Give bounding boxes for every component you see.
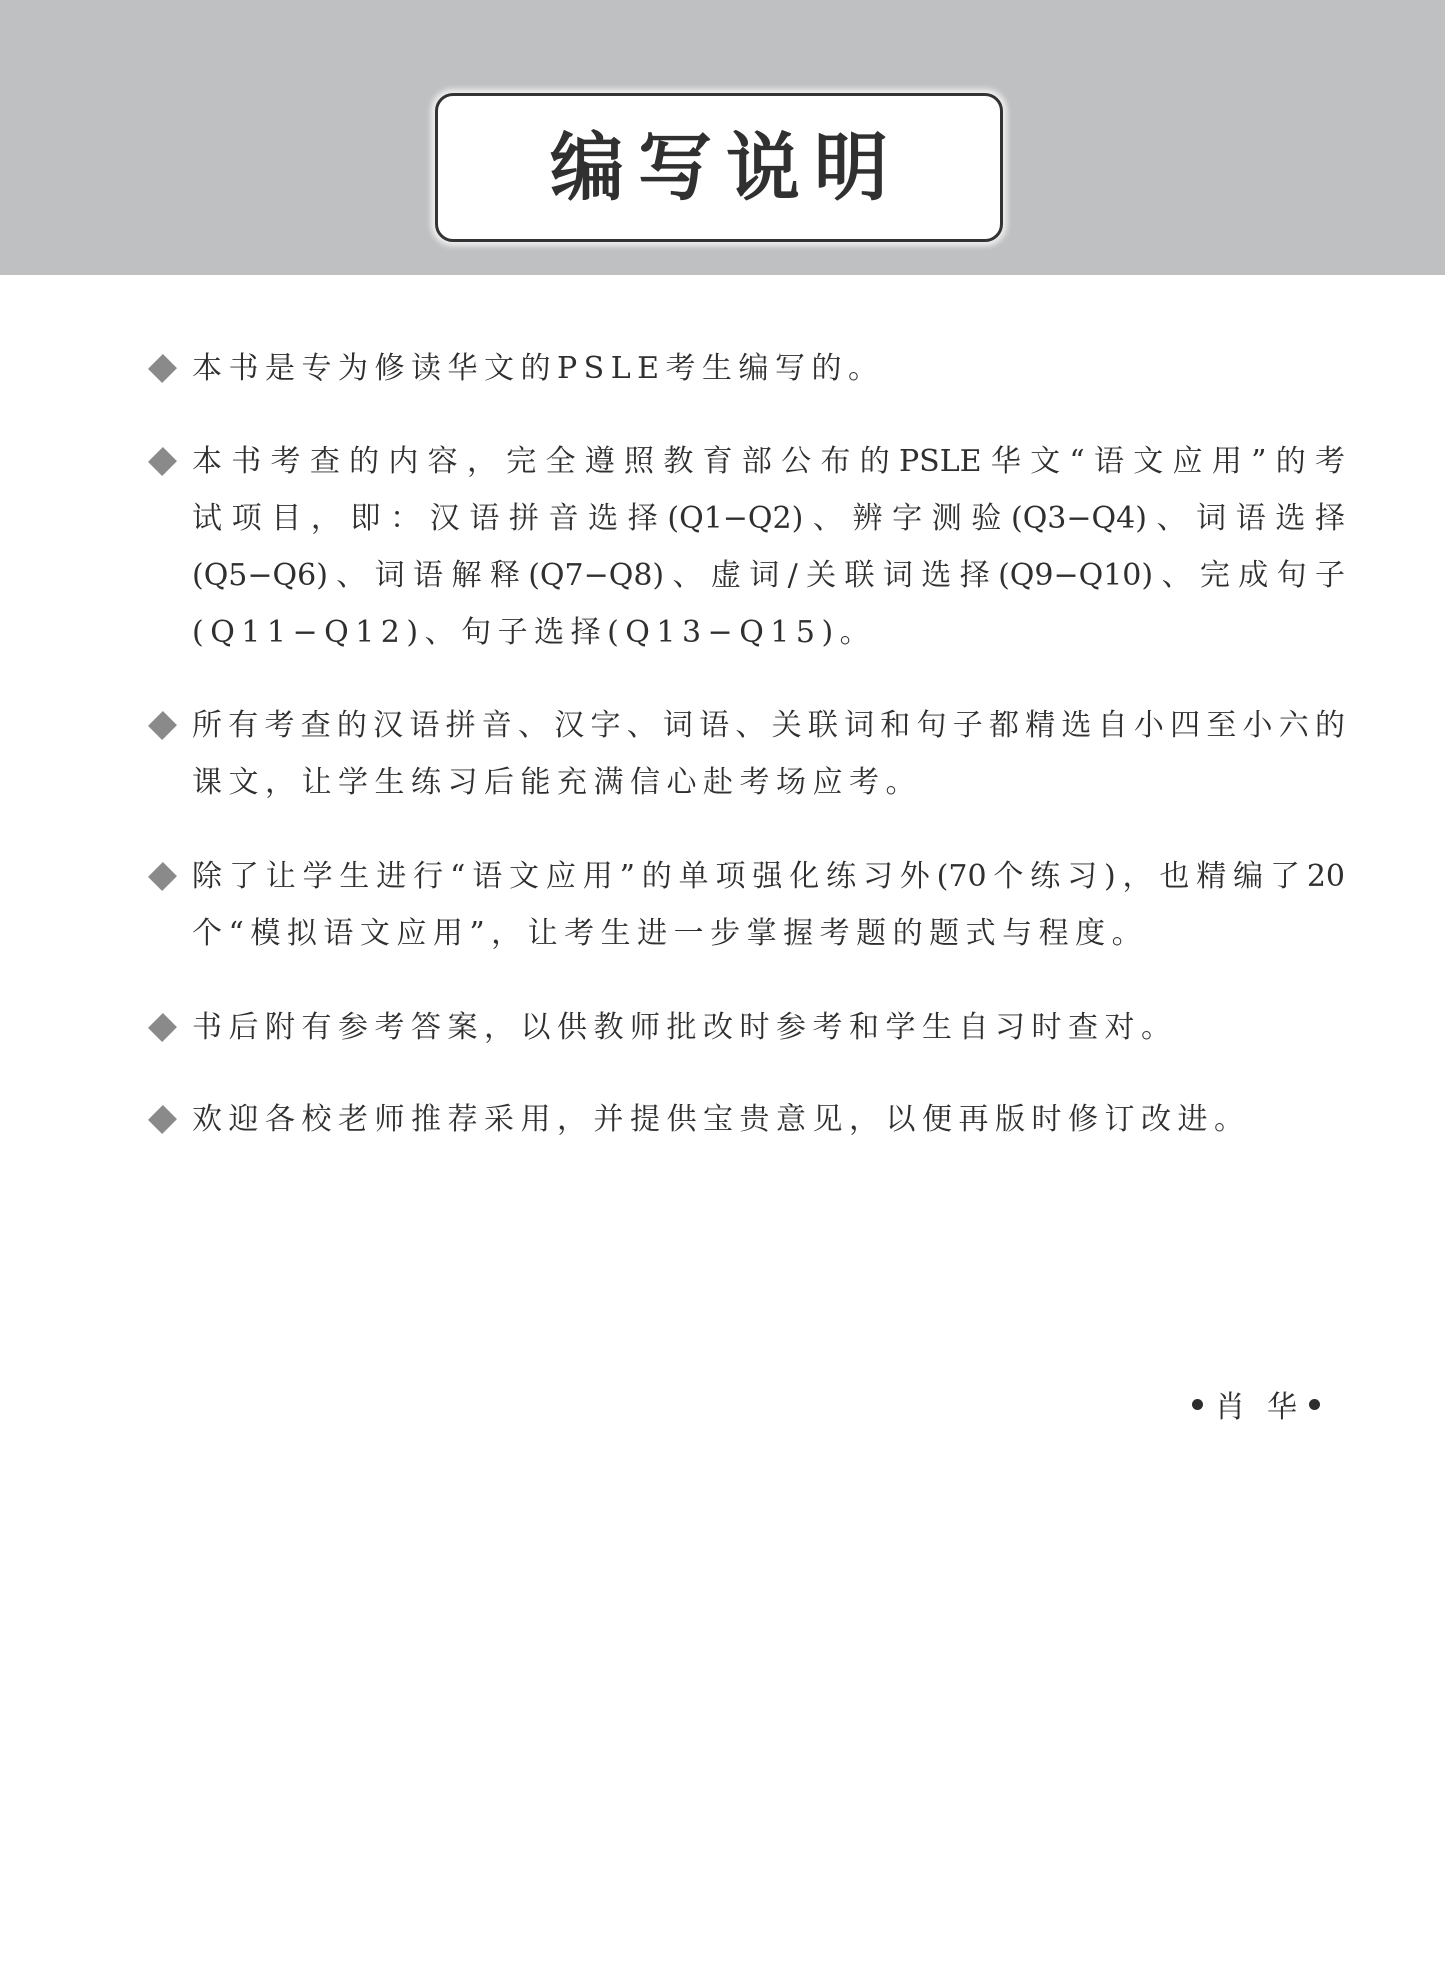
paragraph-2: 本书考查的内容，完全遵照教育部公布的PSLE华文“语文应用”的考 试项目，即：汉… [148,433,1348,661]
paragraph-line: 本书是专为修读华文的PSLE考生编写的。 [192,340,1345,397]
diamond-bullet-icon [148,447,177,476]
page-title: 编写说明 [536,131,902,205]
author-signature: 肖华 [1192,1382,1320,1426]
paragraph-line: 书后附有参考答案，以供教师批改时参考和学生自习时查对。 [192,999,1345,1056]
diamond-bullet-icon [148,1105,177,1134]
dot-icon [1309,1399,1320,1410]
paragraph-line: 课文，让学生练习后能充满信心赴考场应考。 [192,754,1345,811]
diamond-bullet-icon [148,1013,177,1042]
header-band: 编写说明 [0,0,1445,275]
diamond-bullet-icon [148,354,177,383]
paragraph-4: 除了让学生进行“语文应用”的单项强化练习外(70个练习)，也精编了20 个“模拟… [148,848,1348,962]
paragraph-line: (Q5−Q6)、词语解释(Q7−Q8)、虚词/关联词选择(Q9−Q10)、完成句… [192,547,1345,604]
diamond-bullet-icon [148,862,177,891]
paragraph-line: 试项目，即：汉语拼音选择(Q1−Q2)、辨字测验(Q3−Q4)、词语选择 [192,490,1345,547]
paragraph-5: 书后附有参考答案，以供教师批改时参考和学生自习时查对。 [148,999,1348,1056]
title-box: 编写说明 [435,93,1003,242]
author-name: 肖华 [1215,1382,1319,1426]
paragraph-line: 本书考查的内容，完全遵照教育部公布的PSLE华文“语文应用”的考 [192,433,1345,490]
paragraph-3: 所有考查的汉语拼音、汉字、词语、关联词和句子都精选自小四至小六的 课文，让学生练… [148,697,1348,811]
paragraph-line: 所有考查的汉语拼音、汉字、词语、关联词和句子都精选自小四至小六的 [192,697,1345,754]
paragraph-line: 除了让学生进行“语文应用”的单项强化练习外(70个练习)，也精编了20 [192,848,1345,905]
paragraph-line: 欢迎各校老师推荐采用，并提供宝贵意见，以便再版时修订改进。 [192,1091,1345,1148]
paragraph-6: 欢迎各校老师推荐采用，并提供宝贵意见，以便再版时修订改进。 [148,1091,1348,1148]
diamond-bullet-icon [148,711,177,740]
paragraph-line: 个“模拟语文应用”，让考生进一步掌握考题的题式与程度。 [192,905,1345,962]
dot-icon [1192,1399,1203,1410]
paragraph-line: (Q11−Q12)、句子选择(Q13−Q15)。 [192,604,1345,661]
paragraph-1: 本书是专为修读华文的PSLE考生编写的。 [148,340,1348,397]
